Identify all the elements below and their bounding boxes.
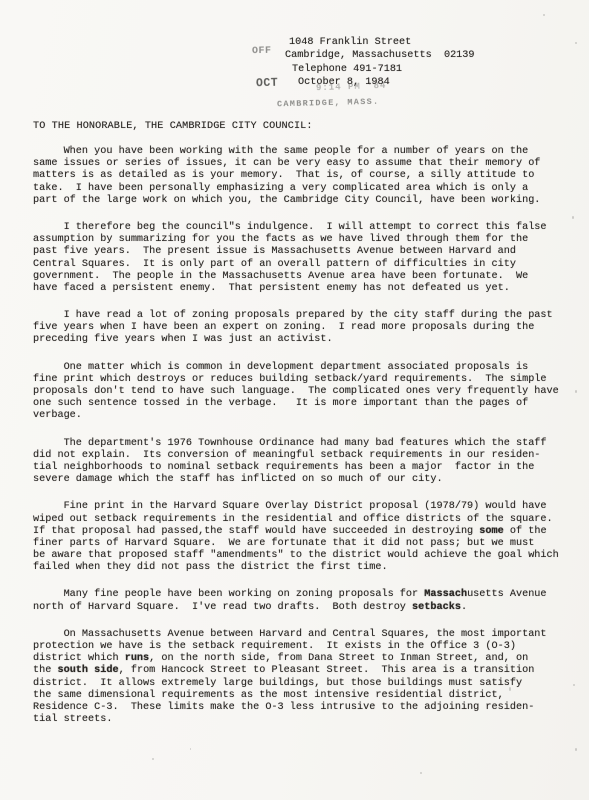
text-line: tial streets. <box>33 714 573 726</box>
text-line: tial neighborhoods to nominal setback re… <box>33 462 573 474</box>
text-line: On Massachusetts Avenue between Harvard … <box>33 629 573 641</box>
paper-speck <box>572 216 574 219</box>
paragraph: Fine print in the Harvard Square Overlay… <box>33 501 573 574</box>
letterhead-phone: Telephone 491-7181 <box>292 63 475 76</box>
paragraph: On Massachusetts Avenue between Harvard … <box>33 629 573 727</box>
paragraph: The department's 1976 Townhouse Ordinanc… <box>33 438 573 487</box>
received-stamp-office-fragment: OFF <box>252 46 272 57</box>
paper-speck <box>543 14 545 16</box>
salutation: TO THE HONORABLE, THE CAMBRIDGE CITY COU… <box>33 121 313 133</box>
paragraph: When you have been working with the same… <box>33 146 573 207</box>
text-line: severe damage which the staff has inflic… <box>33 474 573 486</box>
paper-speck <box>190 748 191 750</box>
paper-speck <box>152 758 154 760</box>
text-line: assumption by summarizing for you the fa… <box>33 234 573 246</box>
text-line: When you have been working with the same… <box>33 146 573 158</box>
text-line: the south side, from Hancock Street to P… <box>33 665 573 677</box>
text-line: proposals don't tend to have such langua… <box>33 386 573 398</box>
received-stamp-time-fragment: 9:14 PM '84 <box>316 81 387 93</box>
paragraph: Many fine people have been working on zo… <box>33 589 573 613</box>
text-line: The department's 1976 Townhouse Ordinanc… <box>33 438 573 450</box>
letterhead-address-city: Cambridge, Massachusetts 02139 <box>285 49 475 62</box>
text-line: Central Squares. It is only part of an o… <box>33 259 573 271</box>
letter-page: 1048 Franklin Street Cambridge, Massachu… <box>0 0 589 800</box>
text-line: protection we have is the setback requir… <box>33 641 573 653</box>
text-line: district. It allows extremely large buil… <box>33 678 573 690</box>
text-line: wiped out setback requirements in the re… <box>33 514 573 526</box>
paper-speck <box>575 390 577 393</box>
text-line: did not explain. Its conversion of meani… <box>33 450 573 462</box>
text-line: have faced a persistent enemy. That pers… <box>33 283 573 295</box>
text-line: government. The people in the Massachuse… <box>33 271 573 283</box>
text-line: Fine print in the Harvard Square Overlay… <box>33 501 573 513</box>
paper-speck <box>575 748 577 751</box>
text-line: Many fine people have been working on zo… <box>33 589 573 601</box>
paper-speck <box>420 772 422 774</box>
text-line: preceding five years when I was just an … <box>33 334 573 346</box>
text-line: verbage. <box>33 410 573 422</box>
received-stamp-city: CAMBRIDGE, MASS. <box>277 97 380 110</box>
text-line: part of the large work on which you, the… <box>33 195 573 207</box>
paragraph: I therefore beg the council"s indulgence… <box>33 222 573 295</box>
paragraph: I have read a lot of zoning proposals pr… <box>33 310 573 347</box>
paper-speck <box>575 42 577 44</box>
paper-speck <box>509 687 511 691</box>
text-line: be aware that proposed staff "amendments… <box>33 550 573 562</box>
text-line: matters is as detailed as is your memory… <box>33 170 573 182</box>
paper-speck <box>573 684 575 686</box>
text-line: One matter which is common in developmen… <box>33 362 573 374</box>
letterhead-address-street: 1048 Franklin Street <box>289 36 475 49</box>
text-line: finer parts of Harvard Square. We are fo… <box>33 538 573 550</box>
text-line: past five years. The present issue is Ma… <box>33 246 573 258</box>
text-line: north of Harvard Square. I've read two d… <box>33 602 573 614</box>
text-line: I therefore beg the council"s indulgence… <box>33 222 573 234</box>
text-line: district which runs, on the north side, … <box>33 653 573 665</box>
text-line: failed when they did not pass the distri… <box>33 562 573 574</box>
received-stamp-month: OCT <box>256 77 279 91</box>
text-line: same issues or series of issues, it can … <box>33 158 573 170</box>
text-line: I have read a lot of zoning proposals pr… <box>33 310 573 322</box>
text-line: one such sentence tossed in the verbage.… <box>33 398 573 410</box>
letter-body: When you have been working with the same… <box>33 146 573 741</box>
paragraph: One matter which is common in developmen… <box>33 362 573 423</box>
text-line: take. I have been personally emphasizing… <box>33 183 573 195</box>
text-line: five years when I have been an expert on… <box>33 322 573 334</box>
text-line: fine print which destroys or reduces bui… <box>33 374 573 386</box>
text-line: Residence C-3. These limits make the O-3… <box>33 702 573 714</box>
text-line: If that proposal had passed,the staff wo… <box>33 526 573 538</box>
text-line: the same dimensional requirements as the… <box>33 690 573 702</box>
